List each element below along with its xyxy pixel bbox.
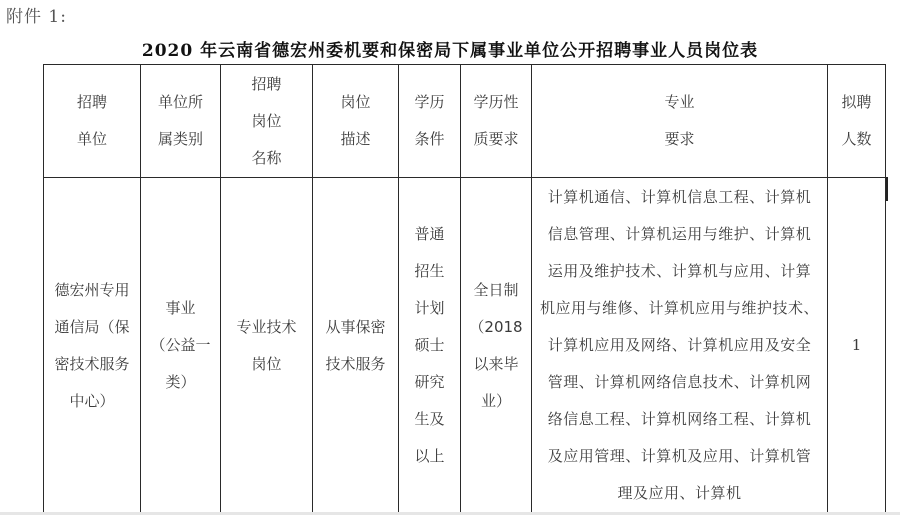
recruitment-table: 招聘 单位 单位所 属类别 招聘 岗位 名称 岗位 描述 学历 条件 学历性 质… — [43, 64, 886, 514]
attachment-label: 附件 1: — [6, 2, 67, 27]
header-position-description: 岗位 描述 — [313, 65, 399, 178]
header-unit-category: 单位所 属类别 — [141, 65, 221, 178]
cell-education-nature: 全日制 （2018 以来毕 业） — [461, 178, 532, 514]
header-recruiting-unit: 招聘 单位 — [44, 65, 141, 178]
cell-recruiting-unit: 德宏州专用 通信局（保 密技术服务 中心） — [44, 178, 141, 514]
cell-major-requirements: 计算机通信、计算机信息工程、计算机 信息管理、计算机运用与维护、计算机 运用及维… — [532, 178, 828, 514]
table-row: 德宏州专用 通信局（保 密技术服务 中心） 事业 （公益一 类） 专业技术 岗位… — [44, 178, 886, 514]
header-major-requirements: 专业 要求 — [532, 65, 828, 178]
table-edge-mark — [886, 177, 888, 201]
header-planned-count: 拟聘 人数 — [828, 65, 886, 178]
document-title: 2020 年云南省德宏州委机要和保密局下属事业单位公开招聘事业人员岗位表 — [0, 36, 900, 61]
cell-planned-count: 1 — [828, 178, 886, 514]
header-education: 学历 条件 — [399, 65, 461, 178]
header-education-nature: 学历性 质要求 — [461, 65, 532, 178]
header-position-name: 招聘 岗位 名称 — [221, 65, 313, 178]
cell-education: 普通 招生 计划 硕士 研究 生及 以上 — [399, 178, 461, 514]
table-header-row: 招聘 单位 单位所 属类别 招聘 岗位 名称 岗位 描述 学历 条件 学历性 质… — [44, 65, 886, 178]
cell-position-description: 从事保密 技术服务 — [313, 178, 399, 514]
cell-unit-category: 事业 （公益一 类） — [141, 178, 221, 514]
cell-position-name: 专业技术 岗位 — [221, 178, 313, 514]
